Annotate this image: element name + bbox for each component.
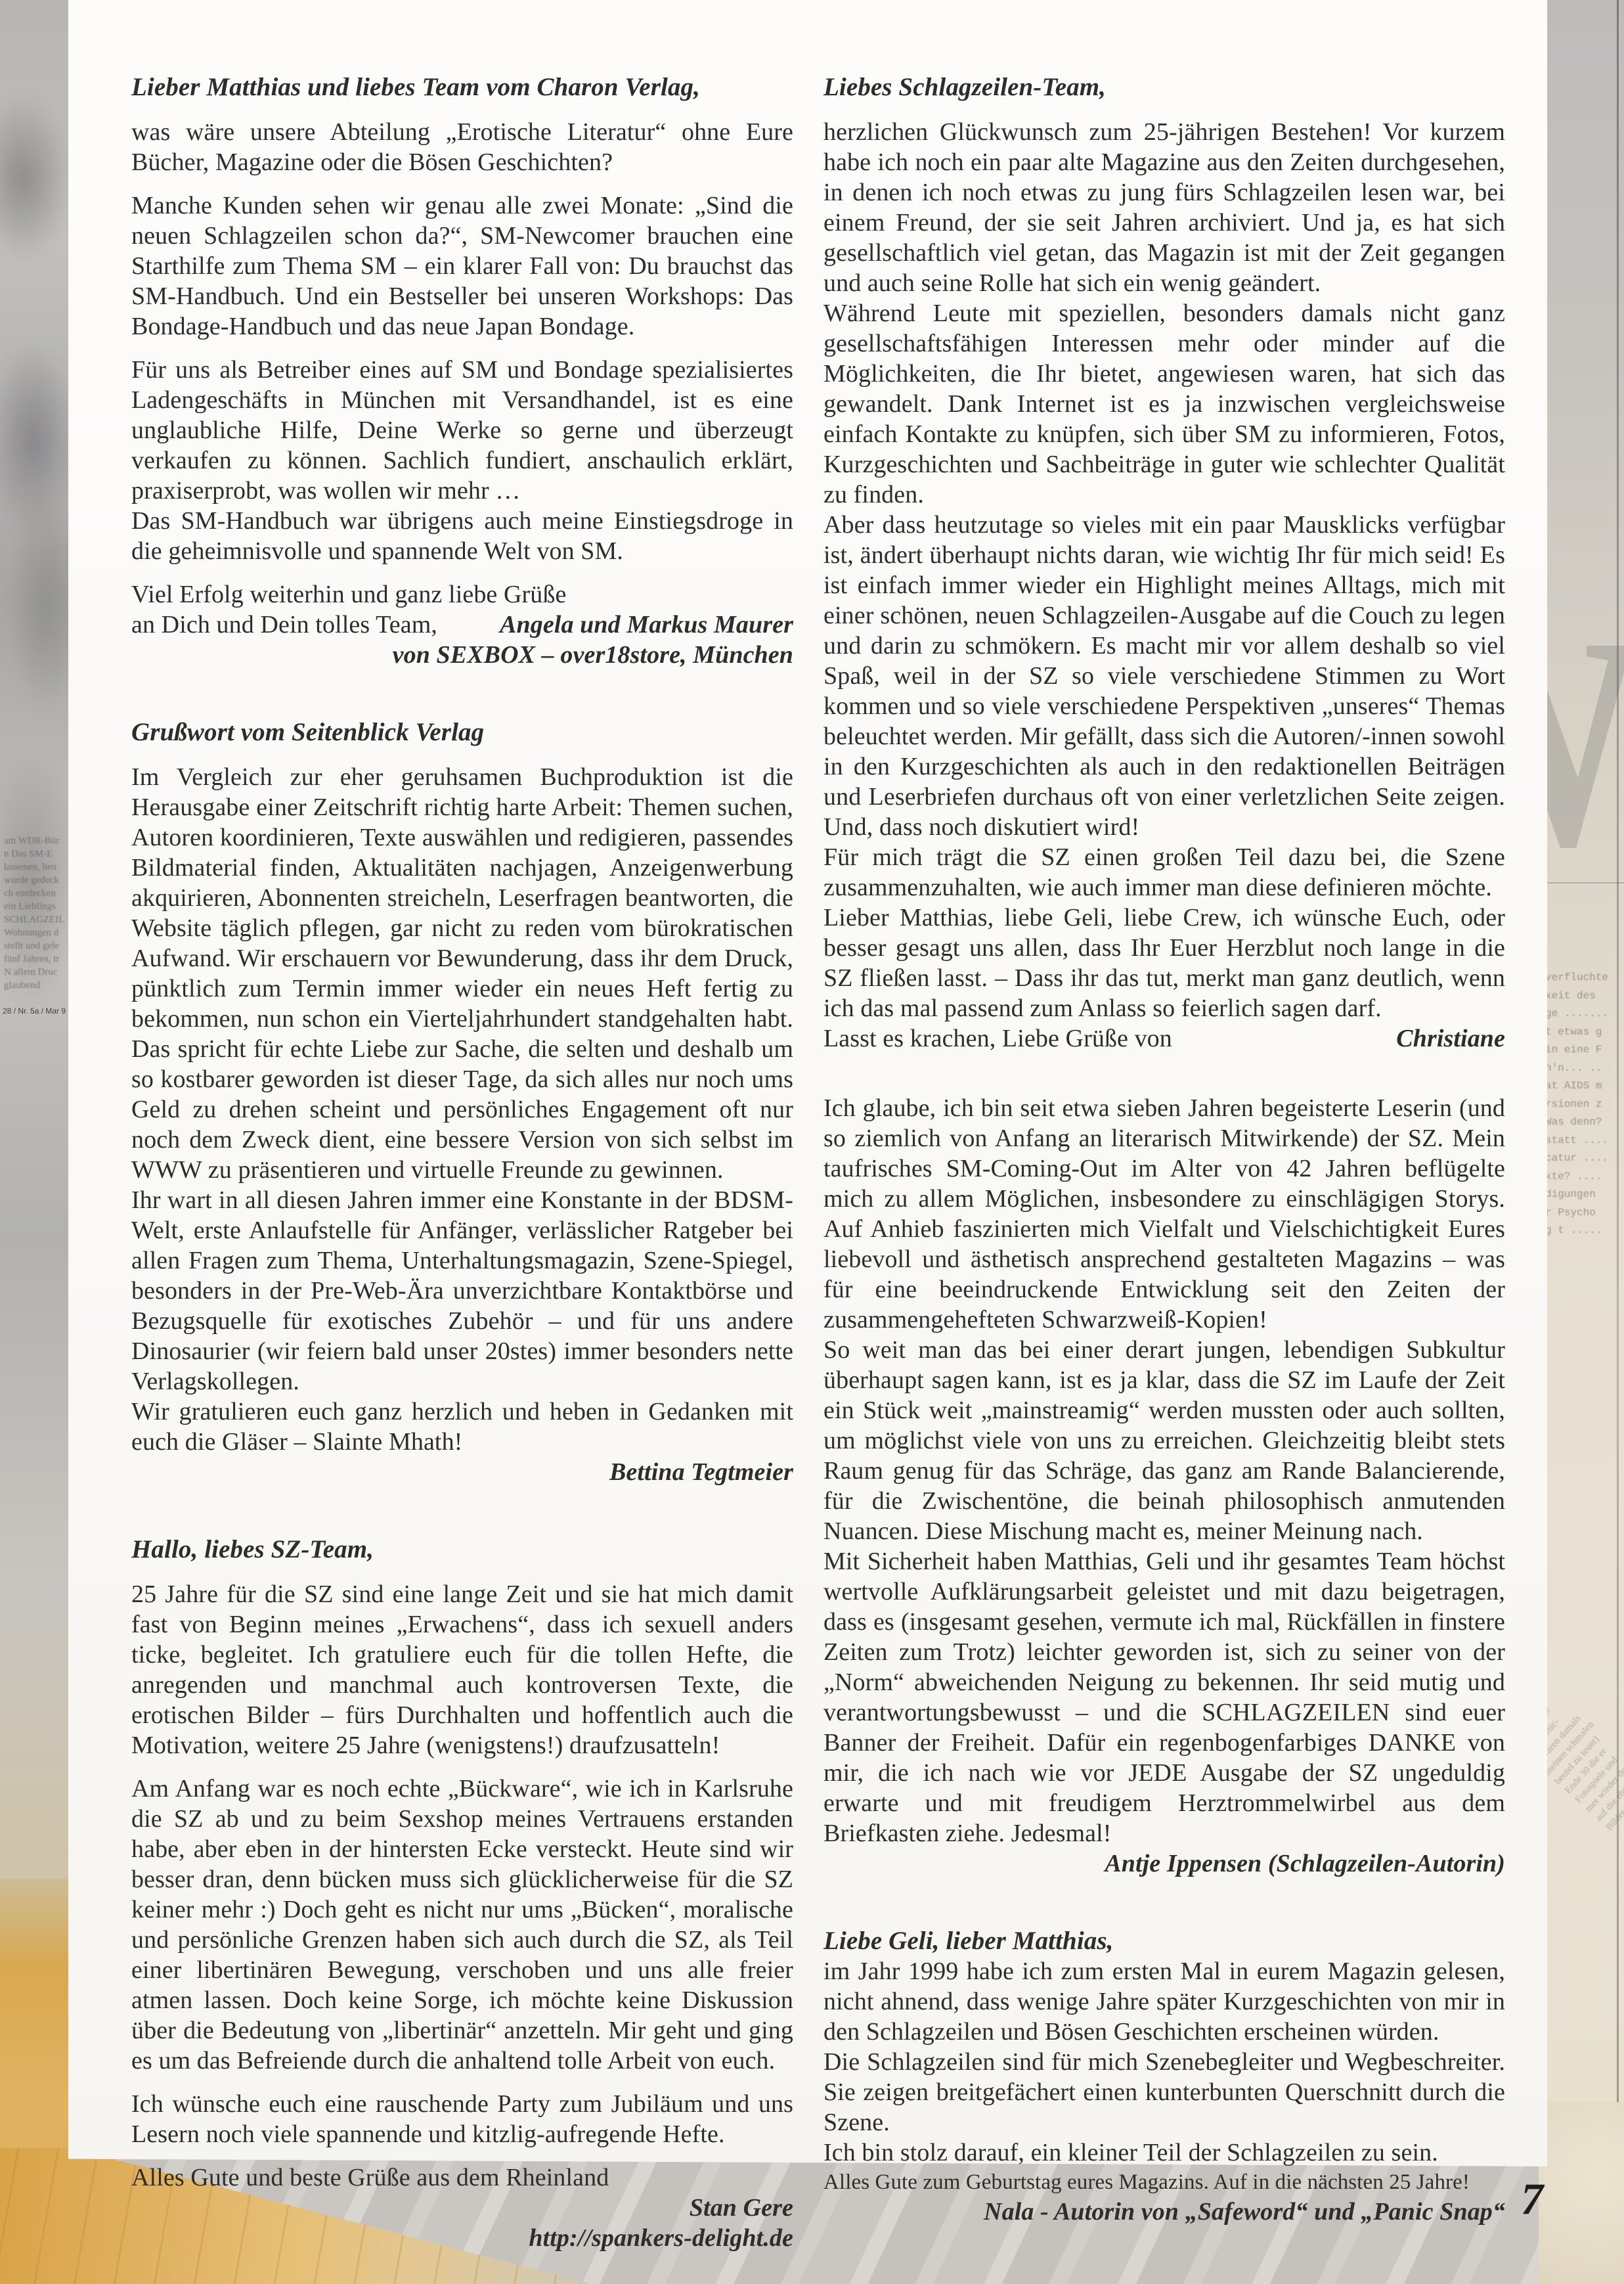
ghost-fragment: verfluchte bbox=[1545, 969, 1616, 987]
left-ghost-text: am WDR-Bürn Das SM-Elassenen, heuwurde g… bbox=[4, 834, 71, 992]
ghost-fragment: ein Lieblings bbox=[4, 900, 71, 913]
signature: Angela und Markus Maurer bbox=[500, 610, 793, 640]
ghost-fragment: stellt und gele bbox=[4, 939, 71, 952]
ghost-fragment: kte? .... bbox=[1545, 1168, 1616, 1186]
ghost-fragment: ch entdecken bbox=[4, 887, 71, 900]
paragraph: Alles Gute und beste Grüße aus dem Rhein… bbox=[131, 2162, 793, 2193]
ghost-fragment: Was denn? bbox=[1545, 1113, 1616, 1132]
ghost-fragment: lassenen, heu bbox=[4, 861, 71, 874]
paragraph: im Jahr 1999 habe ich zum ersten Mal in … bbox=[823, 1956, 1505, 2047]
letter-heading: Hallo, liebes SZ-Team, bbox=[131, 1534, 793, 1565]
paragraph: Für mich trägt die SZ einen großen Teil … bbox=[823, 842, 1505, 903]
ghost-fragment: am WDR-Bür bbox=[4, 834, 71, 847]
letter: Ich glaube, ich bin seit etwa sieben Jah… bbox=[823, 1093, 1505, 1879]
right-scan-strip: W verfluchtekeit desge .......t etwas gi… bbox=[1544, 0, 1624, 2284]
ghost-image-blob bbox=[0, 92, 72, 263]
paragraph: Mit Sicherheit haben Matthias, Geli und … bbox=[823, 1546, 1505, 1848]
paragraph: Das SM-Handbuch war übrigens auch meine … bbox=[131, 506, 793, 566]
signature: Stan Gere bbox=[131, 2193, 793, 2223]
paragraph: Alles Gute zum Geburtstag eures Magazins… bbox=[823, 2168, 1505, 2197]
divider bbox=[1544, 882, 1624, 884]
ghost-fragment: at AIDS m bbox=[1545, 1077, 1616, 1096]
paragraph: Aber dass heutzutage so vieles mit ein p… bbox=[823, 510, 1505, 842]
ghost-fragment: fünf Jahren, tr bbox=[4, 952, 71, 966]
paragraph: Ich bin stolz darauf, ein kleiner Teil d… bbox=[823, 2138, 1505, 2168]
paragraph: herzlichen Glückwunsch zum 25-jährigen B… bbox=[823, 117, 1505, 298]
ghost-fragment: Wohnungen d bbox=[4, 926, 71, 939]
right-ghost-text: verfluchtekeit desge .......t etwas gin … bbox=[1545, 969, 1616, 1240]
page-number: 7 bbox=[1521, 2173, 1573, 2225]
signoff-text: Lasst es krachen, Liebe Grüße von bbox=[823, 1023, 1172, 1054]
paragraph: Am Anfang war es noch echte „Bückware“, … bbox=[131, 1774, 793, 2076]
left-ghost-caption: 28 / Nr. 5a / Mar 9 bbox=[3, 1006, 72, 1016]
letter: Liebes Schlagzeilen-Team,herzlichen Glüc… bbox=[823, 72, 1505, 1054]
paragraph: Im Vergleich zur eher geruhsamen Buchpro… bbox=[131, 762, 793, 1185]
paragraph: was wäre unsere Abteilung „Erotische Lit… bbox=[131, 117, 793, 177]
ghost-fragment: r Psycho bbox=[1545, 1204, 1616, 1222]
ghost-fragment: digungen bbox=[1545, 1186, 1616, 1204]
ghost-fragment: h'n... .. bbox=[1545, 1060, 1616, 1078]
ghost-fragment: rsionen z bbox=[1545, 1096, 1616, 1114]
left-column: Lieber Matthias und liebes Team vom Char… bbox=[131, 72, 793, 2253]
ghost-fragment: glaubend bbox=[4, 979, 71, 992]
signature: Antje Ippensen (Schlagzeilen-Autorin) bbox=[823, 1848, 1505, 1879]
right-column: Liebes Schlagzeilen-Team,herzlichen Glüc… bbox=[823, 72, 1505, 2227]
paragraph: Ich wünsche euch eine rauschende Party z… bbox=[131, 2089, 793, 2149]
signature: Nala - Autorin von „Safeword“ und „Panic… bbox=[823, 2197, 1505, 2227]
letter: Grußwort vom Seitenblick VerlagIm Vergle… bbox=[131, 717, 793, 1487]
page-edge-line bbox=[1617, 0, 1619, 2284]
ghost-fragment: g t ..... bbox=[1545, 1222, 1616, 1240]
ghost-fragment: t etwas g bbox=[1545, 1023, 1616, 1042]
letter: Lieber Matthias und liebes Team vom Char… bbox=[131, 72, 793, 670]
paragraph: Wir gratulieren euch ganz herzlich und h… bbox=[131, 1397, 793, 1457]
letter-heading: Lieber Matthias und liebes Team vom Char… bbox=[131, 72, 793, 102]
signoff-row: an Dich und Dein tolles Team,Angela und … bbox=[131, 610, 793, 640]
signature: Bettina Tegtmeier bbox=[131, 1457, 793, 1487]
ghost-fragment: N allem Druc bbox=[4, 966, 71, 979]
signature: Christiane bbox=[1396, 1023, 1505, 1054]
ghost-fragment: statt .... bbox=[1545, 1132, 1616, 1150]
paragraph: Ich glaube, ich bin seit etwa sieben Jah… bbox=[823, 1093, 1505, 1335]
letter: Liebe Geli, lieber Matthias,im Jahr 1999… bbox=[823, 1926, 1505, 2227]
paragraph: Die Schlagzeilen sind für mich Szenebegl… bbox=[823, 2047, 1505, 2138]
letter-heading: Grußwort vom Seitenblick Verlag bbox=[131, 717, 793, 748]
paragraph: Manche Kunden sehen wir genau alle zwei … bbox=[131, 190, 793, 342]
ghost-fragment: n Das SM-E bbox=[4, 847, 71, 861]
paragraph: So weit man das bei einer derart jungen,… bbox=[823, 1335, 1505, 1546]
letter-heading: Liebe Geli, lieber Matthias, bbox=[823, 1926, 1505, 1956]
scanned-magazine-page: am WDR-Bürn Das SM-Elassenen, heuwurde g… bbox=[0, 0, 1624, 2284]
paragraph: 25 Jahre für die SZ sind eine lange Zeit… bbox=[131, 1579, 793, 1760]
paragraph: Viel Erfolg weiterhin und ganz liebe Grü… bbox=[131, 579, 793, 610]
ghost-fragment: SCHLAGZEIL bbox=[4, 913, 71, 926]
ghost-fragment: catur .... bbox=[1545, 1150, 1616, 1168]
ghost-letter-w: W bbox=[1544, 591, 1624, 893]
paragraph: Ihr wart in all diesen Jahren immer eine… bbox=[131, 1185, 793, 1397]
signature: von SEXBOX – over18store, München bbox=[131, 640, 793, 670]
ghost-fragment: keit des bbox=[1545, 987, 1616, 1006]
letter: Hallo, liebes SZ-Team,25 Jahre für die S… bbox=[131, 1534, 793, 2253]
paragraph: Lieber Matthias, liebe Geli, liebe Crew,… bbox=[823, 903, 1505, 1023]
signature: http://spankers-delight.de bbox=[131, 2223, 793, 2253]
ghost-fragment: ge ....... bbox=[1545, 1005, 1616, 1023]
paragraph: Während Leute mit speziellen, besonders … bbox=[823, 298, 1505, 510]
signoff-row: Lasst es krachen, Liebe Grüße vonChristi… bbox=[823, 1023, 1505, 1054]
signoff-text: an Dich und Dein tolles Team, bbox=[131, 610, 437, 640]
right-ghost-text-slanted: s mitll sacheMartyria.-Pornoar ich miter… bbox=[1544, 1541, 1624, 1834]
ghost-fragment: wurde gedeck bbox=[4, 874, 71, 887]
left-scan-strip: am WDR-Bürn Das SM-Elassenen, heuwurde g… bbox=[0, 0, 74, 1997]
letter-heading: Liebes Schlagzeilen-Team, bbox=[823, 72, 1505, 102]
ghost-fragment: in eine F bbox=[1545, 1041, 1616, 1060]
paragraph: Für uns als Betreiber eines auf SM und B… bbox=[131, 355, 793, 506]
